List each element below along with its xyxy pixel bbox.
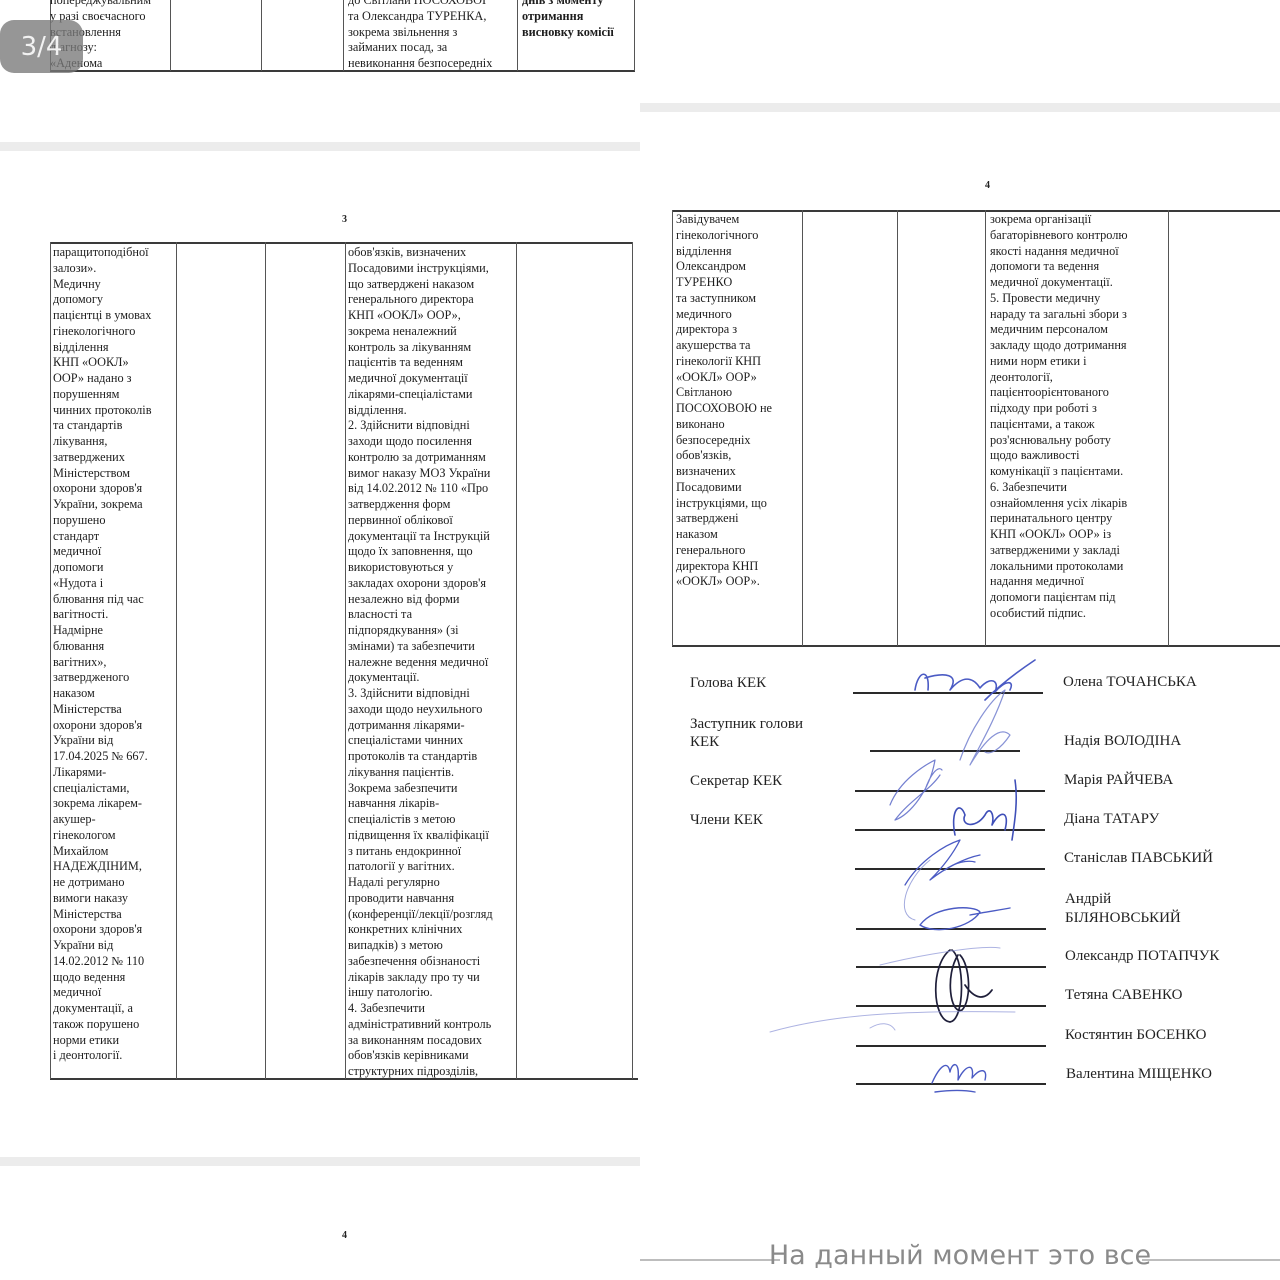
page-number: 4 <box>342 1230 347 1241</box>
handwritten-signatures <box>0 0 1280 1280</box>
end-of-content-message: На данный момент это все <box>640 1240 1280 1271</box>
